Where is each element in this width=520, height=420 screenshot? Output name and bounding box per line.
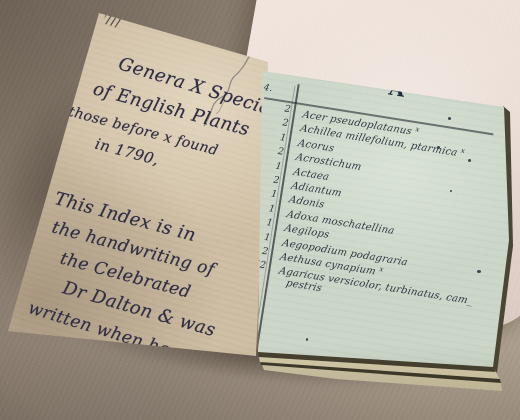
entry-mark <box>327 199 329 207</box>
entry-mark: x <box>378 265 384 273</box>
entry-mark <box>344 187 346 195</box>
entry-mark: x <box>460 147 466 155</box>
entry-mark <box>337 142 339 150</box>
entry-mark: x <box>414 125 420 133</box>
entry-mark <box>364 161 366 169</box>
entry-mark <box>332 229 334 237</box>
ink-speck <box>306 338 308 341</box>
index-entries: 2 Acer pseudoplatanusx 2 Achillea millef… <box>239 101 495 319</box>
photo-open-notebook: Genera X Species of English Plants those… <box>0 0 520 420</box>
entry-mark <box>410 256 412 264</box>
entry-mark <box>397 225 399 233</box>
ink-speck <box>477 270 481 273</box>
entry-mark <box>332 171 334 179</box>
ink-speck <box>448 117 451 120</box>
page-mark: 4. <box>263 83 273 94</box>
